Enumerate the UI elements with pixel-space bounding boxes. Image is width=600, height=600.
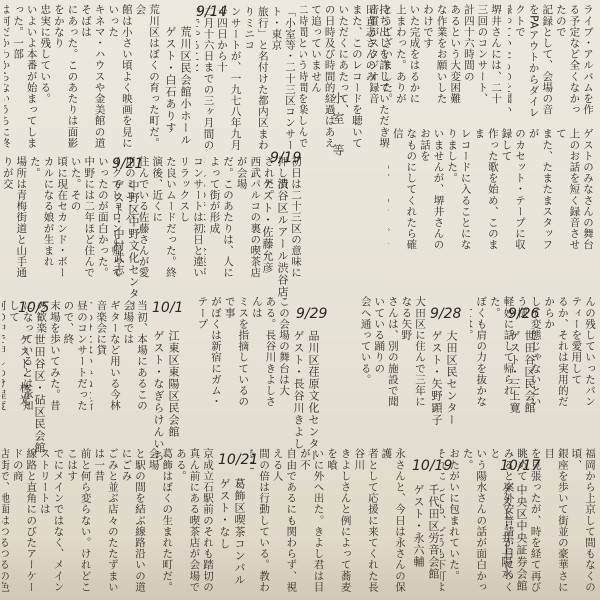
intro-text-left: ゲストのみなさんの舞台上のお話を短く録音させてまた、たまたまスタッフがのカセット… xyxy=(388,128,594,258)
text-column: 会へ通っている。 xyxy=(360,296,372,414)
entry-guest: ゲスト・白石ありす xyxy=(163,26,177,134)
text-column: ライブ・アルバムを作る予定など全くなかったので xyxy=(553,4,594,122)
text-column: 頃に現在セカンド・ボーカルになる娘が生まれた。 xyxy=(27,156,68,286)
text-column: 持ち出しを許していただき堺田直志さんのみ xyxy=(363,4,390,152)
text-column: のカセット・テープに収録して xyxy=(499,128,526,258)
text-column: 葛飾はぼくの生まれた町だ。会場 xyxy=(146,448,173,600)
text-column: イクでヒョロンと帰っていったのが面白かった。 xyxy=(95,156,122,286)
signature: 小室 等 xyxy=(330,92,347,164)
text-column: 録っていたものを聞いてみると、吉田拓郎と即興的に演 xyxy=(508,4,512,122)
text-column: ンサートが、一九七八年九月十四日から十 xyxy=(214,6,241,154)
text-column: 中野には二年ほど住んでいた。その xyxy=(68,156,95,286)
text-column: 間の倍は行動している。教わるこ xyxy=(250,448,270,600)
text-column: 荒川区はぼくの育った町だ。会 xyxy=(133,4,160,152)
text-column: さんは、別の施設で聞いている踊りの xyxy=(372,296,399,414)
entry-venue: 荒川区民会館小ホール xyxy=(178,26,192,146)
text-column: 真ん前にある喫茶店が会場である。 xyxy=(173,448,200,600)
text-column: 末場を歩いてみた。昔の歓楽 xyxy=(34,300,61,414)
text-column: は何だかわからないうちに終った。二部 xyxy=(4,4,10,152)
text-column: いに外へ出た。きよし君は目が不 xyxy=(297,448,324,600)
text-column: 館は小さい頃よく映画を見にいった xyxy=(106,4,133,152)
text-column: 西武パルコの裏の喫茶店が会場 xyxy=(234,156,261,286)
text-column: みると案外安普請が目につくと xyxy=(487,448,514,600)
text-column: 住んでいる佐藤さんが愛用のミニ・バ xyxy=(122,156,149,286)
entry-text-10-1: 当初、本場にあるこの会場ではギターなど用いる今林音楽会に貸すわけにはいかぬと断ら… xyxy=(90,300,148,414)
text-column: コンサートは初日と違いリラックスし xyxy=(177,156,204,286)
text-column: 者として応援に来てくれた長谷川 xyxy=(352,448,379,600)
entry-text-9-14: 荒川区はぼくの育った町だ。会館は小さい頃よく映画を見にいったキネマ・ハウスや金美… xyxy=(4,4,160,152)
text-column: 前と何ら変らない。けれどここはす xyxy=(64,448,91,600)
text-column: ある。長谷川きよしさんは xyxy=(249,296,276,414)
text-column: 堺井さんには、二十三回のコンサート、計四十六時間の xyxy=(461,4,502,114)
text-column: た良いムードだった。終演後、近くに xyxy=(150,156,177,286)
text-column: 初日は二十三区の意味に押し潰 xyxy=(275,156,302,286)
text-column: 記録として、会場の音をPAアウトからダイレクトで xyxy=(512,4,553,122)
text-column: また、たまたまスタッフが xyxy=(526,128,553,258)
text-column: 線路と直角にのびたアーケードの商 xyxy=(10,448,37,600)
entry-text-9-28: 大田区に住んで三年になる矢野さんは、別の施設で聞いている踊りの会へ通っている。と… xyxy=(360,296,426,414)
text-column: 大田区に住んで三年になる矢野 xyxy=(399,296,426,414)
text-column: がぼくは新宿にガム・テープ xyxy=(196,296,222,414)
entry-guest: ゲスト・永六輔 xyxy=(411,484,425,568)
text-column: ギターなど用いる今林音楽会に貸 xyxy=(94,300,121,414)
text-column: んの残していったパンティーを愛用して xyxy=(569,296,596,414)
text-column: だ。このあたりは、人によって街が形成 xyxy=(207,156,234,286)
entry-venue: 大田区民センター xyxy=(444,330,458,426)
text-column: して変態じゃないという様 xyxy=(514,296,541,414)
text-column: 昼のコンサートだったので、終 xyxy=(61,300,88,414)
text-column: 銀座を歩いて街並の豪華さに目 xyxy=(542,448,569,600)
text-column: いませんが、堺井さんのお話を xyxy=(417,128,444,258)
text-column: ぼくも肩の力を抜かなくては。 xyxy=(470,296,487,414)
text-column: でにメインではなく、メインストリートは xyxy=(37,448,64,600)
entry-guest: ゲスト・なし xyxy=(217,478,231,550)
text-column: 軽妙に話して帰られた。 xyxy=(487,296,514,414)
text-column: すわけにはいかぬと断られ、最終的 xyxy=(90,300,94,414)
text-column: 自由であるにも関わらず、視える人 xyxy=(270,448,297,600)
text-column: キネマ・ハウスや金美館の道そばは xyxy=(78,4,105,152)
entry-venue: 千代田区労音会館 xyxy=(426,484,440,580)
entry-venue: 江東区東陽区民会館 xyxy=(166,330,180,438)
entry-date-9-28: 9/28 xyxy=(430,306,461,322)
text-column: 店街で、地面はつるつるの色付舗装、天 xyxy=(2,448,10,600)
text-column: あるという大変困難な作業をお願いしたわけです xyxy=(420,4,461,114)
entry-date-9-14: 9/14 xyxy=(196,4,227,20)
text-column: なものにしてくれたら確信 xyxy=(390,128,417,258)
text-column: きよしさんと例によって蕎麦を喰 xyxy=(324,448,351,600)
text-column: されるのではなく企業が先に器を xyxy=(204,156,207,286)
text-column: この会場の舞台は大 xyxy=(276,296,290,414)
entry-venue: 品川区荏原文化センター xyxy=(306,330,320,462)
text-column: と駅の間を結ぶ線路沿いの道にごみ xyxy=(119,448,146,600)
text-column: 福岡から上京して間もなくの頃、 xyxy=(569,448,596,600)
entry-text-9-21: コンサートは初日と違いリラックスした良いムードだった。終演後、近くに住んでいる佐… xyxy=(4,156,204,286)
entry-guest: ゲスト・矢野顕子 xyxy=(429,330,443,426)
liner-notes-sheet: ライブ・アルバムを作る予定など全くなかったので記録として、会場の音をPAアウトか… xyxy=(0,0,600,600)
entry-text-9-26: んの残していったパンティーを愛用してるか、それは実用的だからかして変態じゃないと… xyxy=(470,296,596,414)
entry-text-10-21: 京成立石駅前のそれも踏切の真ん前にある喫茶店が会場である。葛飾はぼくの生まれた町… xyxy=(2,448,214,600)
text-column: された。 xyxy=(261,156,275,286)
text-column: 永さんと、今日は永さんの保護 xyxy=(379,448,406,600)
text-column: 場所は青梅街道と山手通りが交 xyxy=(4,156,27,286)
text-column: になっているとは承知して xyxy=(6,300,33,414)
text-column: 忠実に残している。 xyxy=(38,4,52,152)
text-column: 二時間という時間を楽しんでいただければ幸い xyxy=(300,4,308,152)
text-column: いう陽水さんの話が面白かった。 xyxy=(460,448,487,600)
entry-text-9-19: 初日は二十三区の意味に押し潰された。西武パルコの裏の喫茶店が会場だ。このあたりは… xyxy=(204,156,302,286)
prologue-text: 「小室等・二十三区コンサート・東京旅行」と名付けた都内区まわりミニコンサートが、… xyxy=(196,6,296,154)
entry-date-9-29: 9/29 xyxy=(296,306,327,322)
text-column: 「小室等・二十三区コンサート・東京 xyxy=(269,6,296,154)
text-column: 旅行」と名付けた都内区まわりミニコ xyxy=(242,6,269,154)
entry-text-10-19: 永さんと、今日は永さんの保護者として応援に来てくれた長谷川きよしさんと例によって… xyxy=(250,448,406,600)
entry-date-10-19: 10/19 xyxy=(412,458,452,474)
text-column: るか、それは実用的だからか xyxy=(542,296,569,414)
text-column: いよいよ本番が始まってしまった。一部 xyxy=(10,4,37,152)
text-column: にあった。このあたりは面影をかなり xyxy=(51,4,78,152)
text-column: ゲストの方々のテープを二時間にまとめ xyxy=(388,128,390,258)
entry-text-9-29: この会場の舞台は大ある。長谷川きよしさんはミスを指摘しているので事がぼくは新宿に… xyxy=(196,296,290,414)
entry-venue: 葛飾区喫茶コンパル xyxy=(232,478,246,586)
entry-date-10-1: 10/1 xyxy=(152,300,183,316)
text-column: 作った歌を始め、このまま xyxy=(472,128,499,258)
entry-text-10-5: 昼のコンサートだったので、終末場を歩いてみた。昔の歓楽になっているとは承知して河… xyxy=(2,300,88,414)
text-column: レコードに入ることになりました。 xyxy=(444,128,471,258)
entry-text-10-17: 福岡から上京して間もなくの頃、銀座を歩いて街並の豪華さに目を見張ったが、時を経て… xyxy=(440,448,596,600)
text-column: 河の中で申しわけ程度に保 xyxy=(2,300,6,414)
text-column: 二月十六日までの三ヶ月間の中でやること xyxy=(196,6,214,154)
text-column: 当初、本場にあるこの会場では xyxy=(121,300,148,414)
text-column: ごみと並ぶ店々のたたずまいは一昔 xyxy=(92,448,119,600)
text-column: ミスを指摘しているので事 xyxy=(222,296,249,414)
text-column: ゲストのみなさんの舞台上のお話を短く録音させて xyxy=(553,128,594,258)
entry-date-10-21: 10/21 xyxy=(218,452,258,468)
text-column: を見張ったが、時を経て再び眺めて xyxy=(514,448,541,600)
entry-guest: ゲスト・長谷川きよし xyxy=(291,330,305,450)
intro-text-right: ライブ・アルバムを作る予定など全くなかったので記録として、会場の音をPAアウトか… xyxy=(508,4,594,122)
entry-guest: ゲスト・なぎらけんいち xyxy=(151,330,165,462)
text-column: 京成立石駅前のそれも踏切の xyxy=(200,448,214,600)
